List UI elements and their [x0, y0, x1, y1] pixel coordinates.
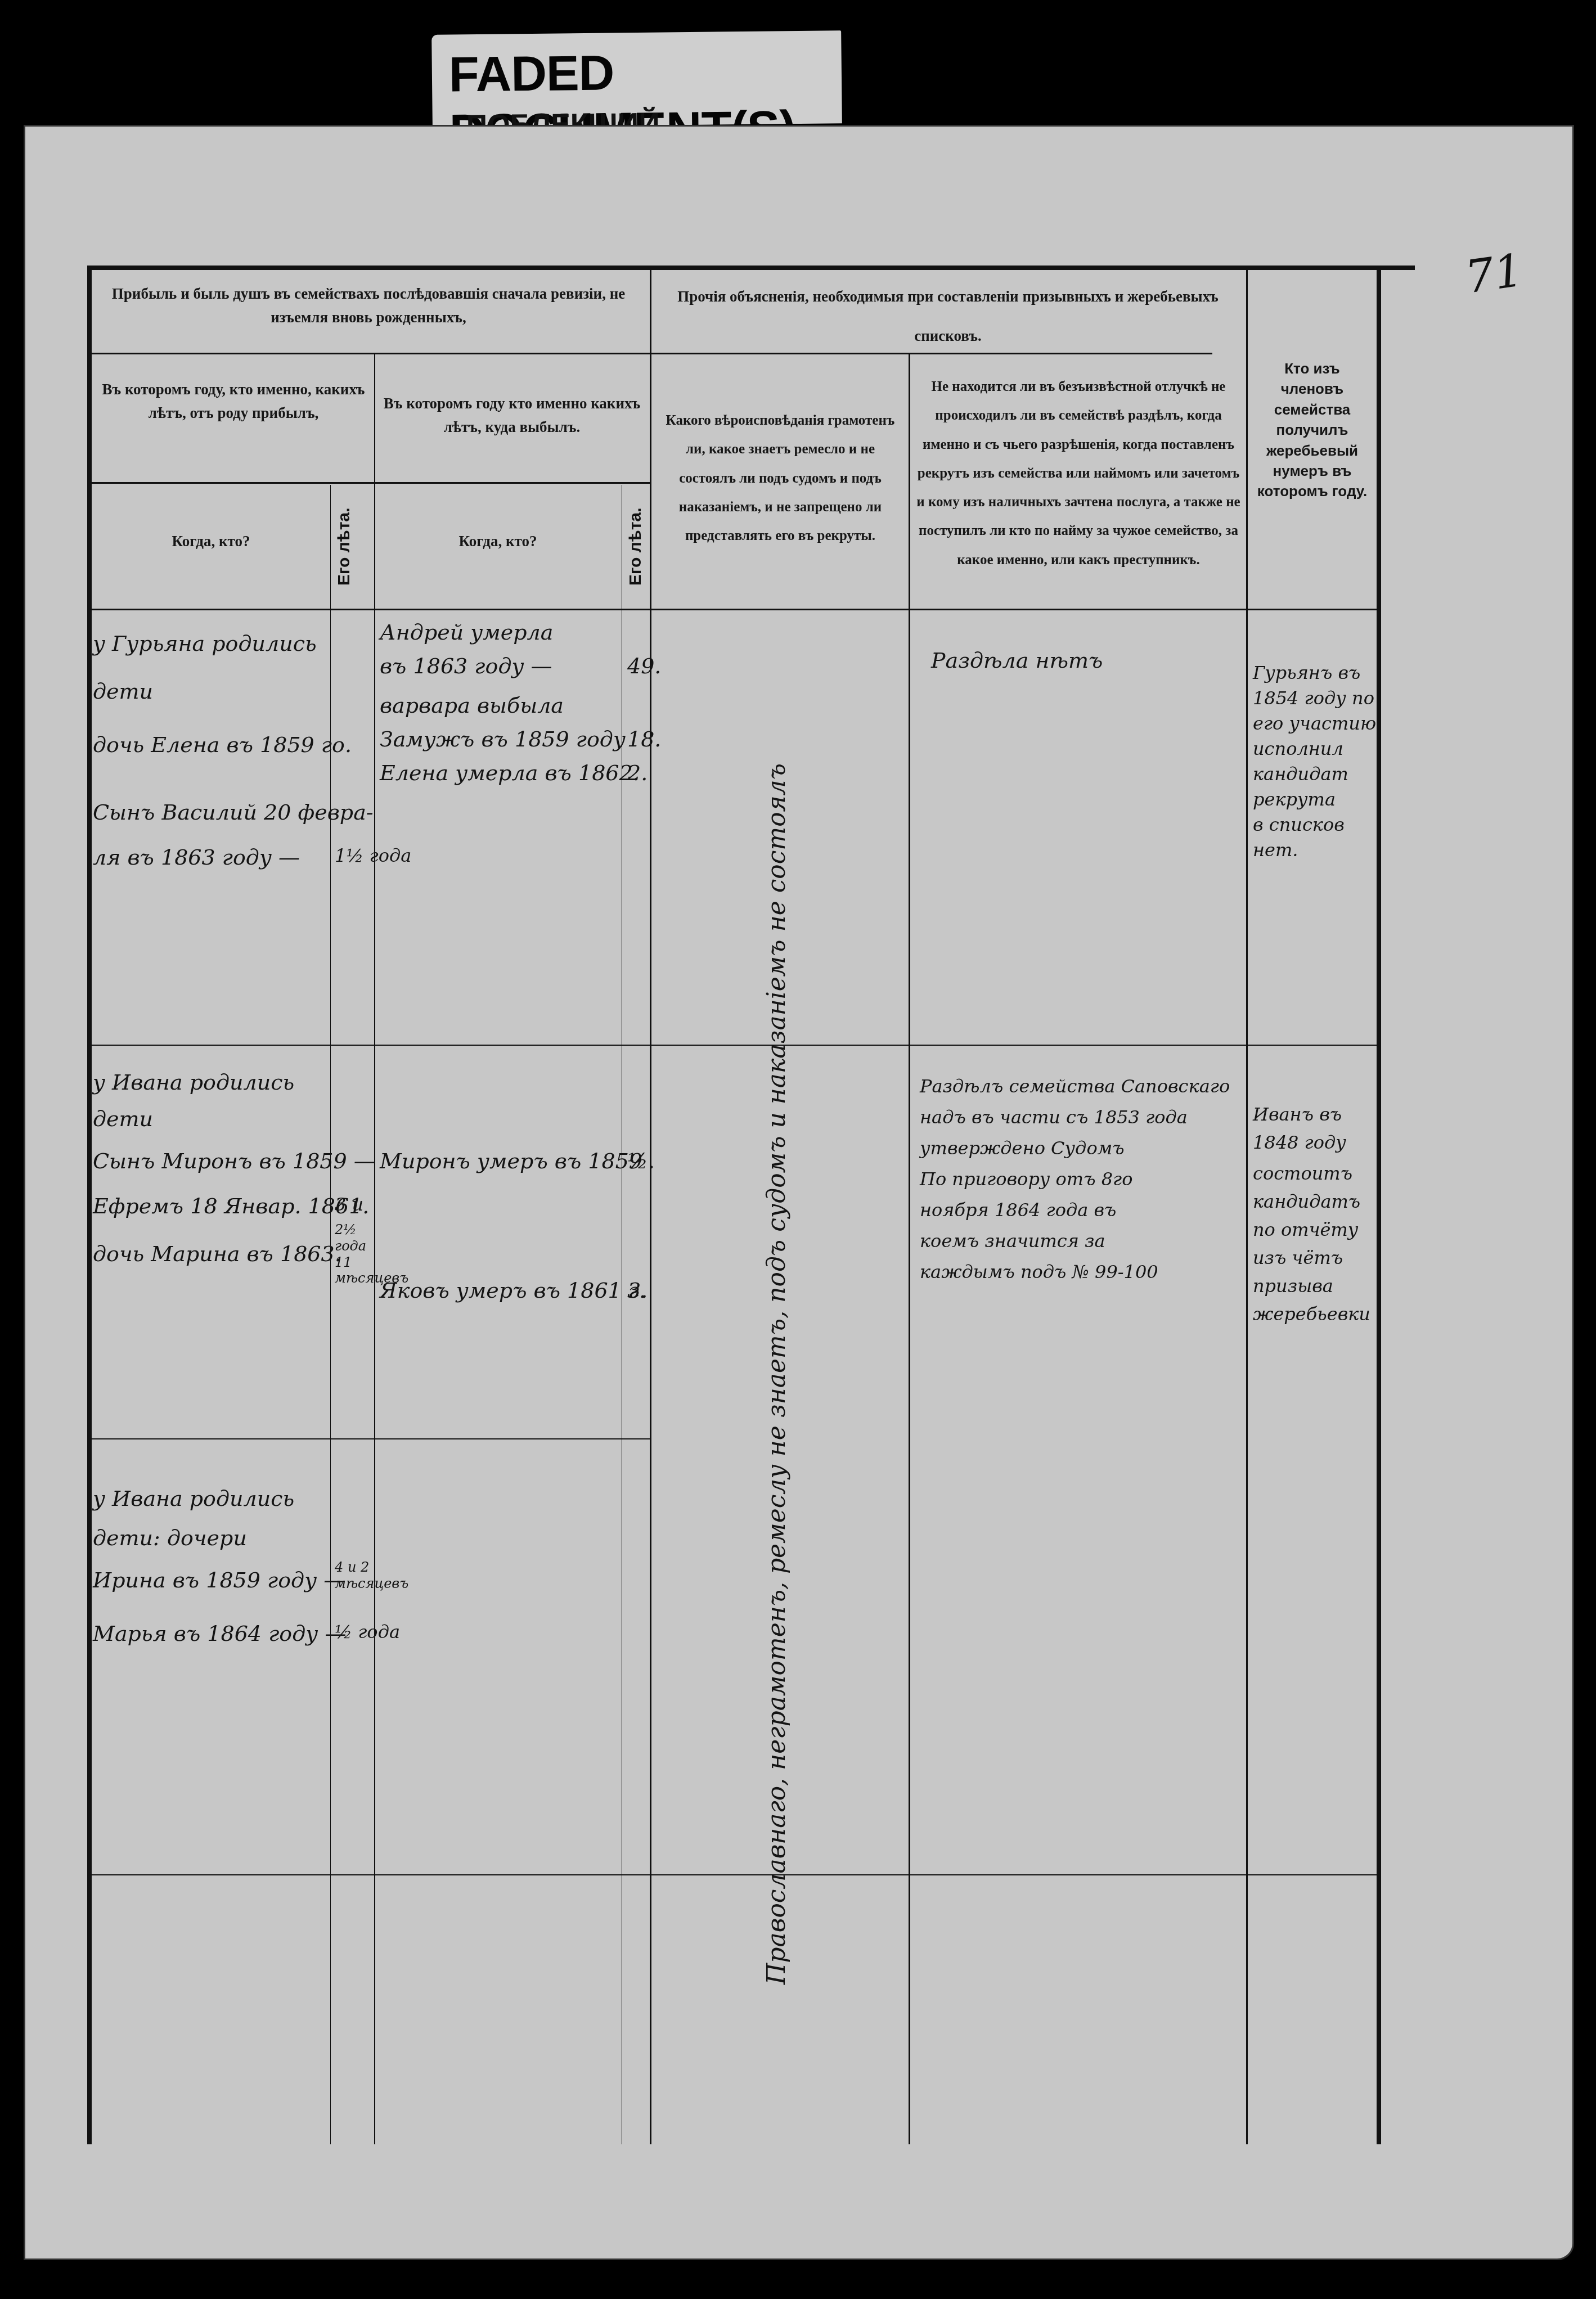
entry-1-departed-line-5: Елена умерла въ 1862.: [380, 761, 640, 786]
entry-2-lot-line-1: Иванъ въ: [1253, 1104, 1342, 1125]
header-when-who-2: Когда, кто?: [380, 530, 616, 554]
entry-1-departed-line-1: Андрей умерла: [380, 620, 553, 646]
header-group-right: Прочія объясненія, необходимыя при соста…: [661, 277, 1235, 356]
entry-2-arrived-age-2: 2½ года 11 мѣсяцевъ: [335, 1222, 374, 1286]
entry-3-arrived-age-2: ½ года: [335, 1621, 400, 1643]
header-religion: Какого вѣроисповѣданія грамотенъ ли, как…: [657, 406, 904, 550]
entry-1-lot-line-3: его участию: [1253, 713, 1376, 734]
entry-1-arrived-line-1: у Гурьяна родились: [93, 631, 317, 657]
entry-2-absence-line-4: По приговору отъ 8го: [920, 1168, 1133, 1190]
entry-1-departed-age-1: 49.: [627, 654, 661, 680]
entry-2-absence-line-6: коемъ значится за: [920, 1230, 1105, 1252]
divider-arrived-departed: [374, 353, 375, 2144]
entry-1-departed-line-4: Замужъ въ 1859 году: [380, 727, 626, 753]
entry-1-arrived-age: 1½ года: [335, 845, 411, 866]
entry-2-departed-age-2: 3.: [627, 1278, 648, 1304]
entry-2-lot-line-7: призыва: [1253, 1275, 1333, 1297]
entry-3-arrived-line-3: Ирина въ 1859 году —: [93, 1568, 345, 1594]
entry-1-departed-line-3: варвара выбыла: [380, 693, 564, 719]
entry-1-departed-age-3: 2.: [627, 761, 648, 786]
entry-1-lot-line-6: рекрута: [1253, 789, 1336, 810]
entry-2-departed-line-1: Миронъ умеръ въ 1859: [380, 1149, 642, 1175]
header-arrived: Въ которомъ году, кто именно, какихъ лѣт…: [98, 378, 368, 425]
entry-2-arrived-age-1: 3 и: [335, 1194, 363, 1215]
archive-label: FADED DOCUMENT(S) ПОБЛЕКШИЙ ДОКУМЕНТ: [431, 30, 842, 128]
header-bottom-rule: [87, 609, 1381, 610]
page-number: 71: [1462, 244, 1526, 303]
header-age-2: Его лѣта.: [626, 491, 649, 603]
entry-3-arrived-line-2: дети: дочери: [93, 1526, 247, 1551]
entry-2-departed-age-1: ½.: [627, 1149, 655, 1175]
entry-rule-1: [87, 1045, 1381, 1046]
entry-2-absence-line-5: ноября 1864 года въ: [920, 1199, 1116, 1221]
entry-2-arrived-line-3: Сынъ Миронъ въ 1859 —: [93, 1149, 375, 1175]
table-top-border: [87, 266, 1415, 270]
entry-2-lot-line-4: кандидатъ: [1253, 1191, 1360, 1212]
divider-group: [650, 266, 651, 2144]
entry-1-departed-age-2: 18.: [627, 727, 661, 753]
entry-2-lot-line-3: состоитъ: [1253, 1163, 1352, 1184]
entry-2-departed-line-2: Яковъ умеръ въ 1861 г.: [380, 1278, 646, 1304]
entry-3-arrived-line-1: у Ивана родились: [93, 1486, 294, 1512]
entry-3-arrived-age-1: 4 и 2 мѣсяцевъ: [335, 1559, 374, 1592]
entry-2-lot-line-8: жеребьевки: [1253, 1303, 1370, 1325]
header-lot: Кто изъ членовъ семейства получилъ жереб…: [1252, 358, 1373, 502]
entry-2-arrived-line-5: дочь Марина въ 1863.: [93, 1241, 341, 1267]
entry-1-arrived-line-5: ля въ 1863 году —: [93, 845, 300, 871]
entry-1-departed-line-2: въ 1863 году —: [380, 654, 552, 680]
entry-2-arrived-line-1: у Ивана родились: [93, 1070, 294, 1096]
religion-column-note: Православнаго, неграмотенъ, ремеслу не з…: [762, 614, 807, 2133]
entry-2-lot-line-2: 1848 году: [1253, 1132, 1346, 1153]
entry-1-arrived-line-2: дети: [93, 679, 153, 705]
entry-1-absence: Раздѣла нѣтъ: [931, 648, 1103, 674]
entry-2-absence-line-1: Раздѣлъ семейства Саповскаго: [920, 1076, 1230, 1097]
entry-2-lot-line-6: изъ чётъ: [1253, 1247, 1343, 1268]
entry-2-arrived-line-2: дети: [93, 1106, 153, 1132]
entry-1-lot-line-5: кандидат: [1253, 763, 1348, 785]
entry-1-lot-line-8: нет.: [1253, 839, 1298, 861]
divider-religion-absence: [909, 353, 910, 2144]
entry-2-absence-line-3: утверждено Судомъ: [920, 1137, 1125, 1159]
header-when-who-1: Когда, кто?: [98, 530, 323, 554]
revision-table: Прибыль и быль душъ въ семействахъ послѣ…: [87, 266, 1415, 2144]
entry-1-lot-line-2: 1854 году по: [1253, 687, 1374, 709]
entry-2-absence-line-7: каждымъ подъ № 99-100: [920, 1261, 1158, 1283]
header-rule-2: [87, 482, 650, 484]
entry-1-lot-line-1: Гурьянъ въ: [1253, 662, 1360, 683]
header-departed: Въ которомъ году кто именно какихъ лѣтъ,…: [383, 392, 641, 439]
entry-1-arrived-line-3: дочь Елена въ 1859 го.: [93, 732, 352, 758]
entry-rule-3: [87, 1874, 1381, 1875]
entry-1-lot-line-4: исполнил: [1253, 738, 1343, 759]
entry-1-lot-line-7: в списков: [1253, 814, 1345, 835]
entry-2-lot-line-5: по отчёту: [1253, 1219, 1358, 1240]
header-group-left: Прибыль и быль душъ въ семействахъ послѣ…: [98, 282, 639, 330]
header-age-1: Его лѣта.: [335, 491, 368, 603]
divider-absence-lot: [1246, 266, 1248, 2144]
entry-1-arrived-line-4: Сынъ Василий 20 февра-: [93, 800, 374, 826]
table-left-border: [87, 266, 92, 2144]
entry-3-arrived-line-4: Марья въ 1864 году —: [93, 1621, 346, 1647]
entry-rule-2: [87, 1438, 650, 1439]
table-right-border: [1377, 266, 1381, 2144]
entry-2-arrived-line-4: Ефремъ 18 Январ. 1861.: [93, 1194, 369, 1220]
header-absence: Не находится ли въ безъизвѣстной отлучкѣ…: [915, 372, 1242, 574]
entry-2-absence-line-2: надъ въ части съ 1853 года: [920, 1106, 1188, 1128]
